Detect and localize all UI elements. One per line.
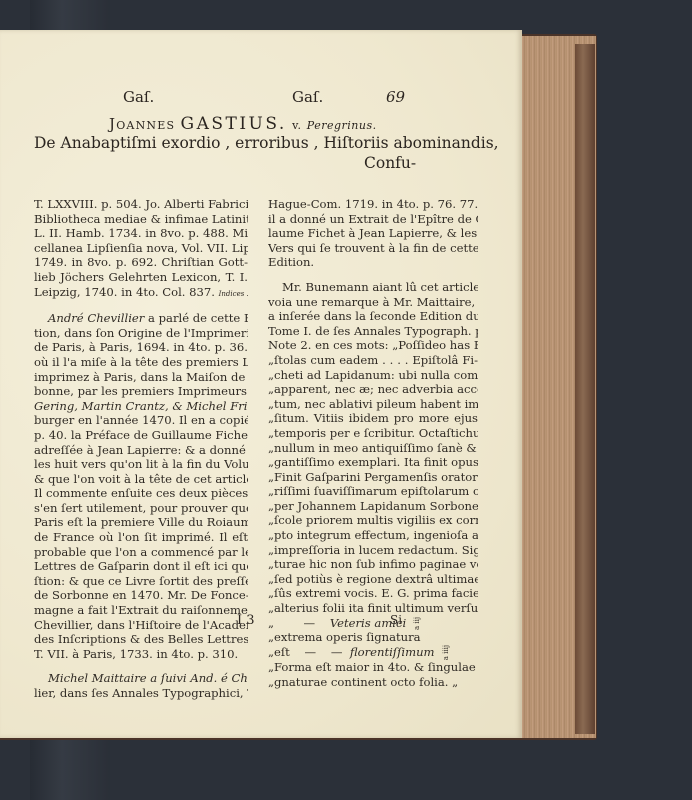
running-head: Gaſ. Gaſ. 69 [0,88,522,108]
cross-ref-label: v. [292,119,301,132]
text-line: Edition. [268,255,478,270]
text-line: „nullum in meo antiquiſſimo ſanè & ele- [268,441,478,456]
handwritten-note: Indices ... ad hoc ... inſcriptum. [219,290,248,298]
text-line: laume Fichet à Jean Lapierre, & les huit [268,226,478,241]
text-line: où il l'a miſe à la tête des premiers Li… [34,355,248,370]
entry-heading: Joannes GASTIUS. v. Peregrinus. [109,114,377,134]
text-line: Gering, Martin Crantz, & Michel Fri- [34,399,248,414]
page-number: 69 [386,88,405,106]
right-column: Hague-Com. 1719. in 4to. p. 76. 77. où i… [268,197,478,690]
text-line: Paris eſt la premiere Ville du Roiaume [34,515,248,530]
text-line: 1749. in 8vo. p. 692. Chriſtian Gott- [34,255,248,270]
text-line: de Sorbonne en 1470. Mr. De Fonce- [34,588,248,603]
entry-name-prefix: Joannes [109,115,175,133]
text-line: Il commente enſuite ces deux pièces & [34,486,248,501]
text-line: „per Johannem Lapidanum Sorbonenſis [268,499,478,514]
text-line: a inſerée dans la ſeconde Edition du [268,309,478,324]
text-line: „apparent, nec æ; nec adverbia accen- [268,382,478,397]
text-line: „gantiſſimo exemplari. Ita finit opus: [268,455,478,470]
text-line: Michel Maittaire a ſuivi And. é Chevil- [34,671,248,686]
text-line: Leipzig, 1740. in 4to. Col. 837. Indices… [34,285,248,302]
text-line: „Forma eſt maior in 4to. & ſingulae ſi- [268,660,478,675]
left-column: T. LXXVIII. p. 504. Jo. Alberti Fabricii… [34,197,248,701]
text-line: magne a fait l'Extrait du raiſonnement d… [34,603,248,618]
text-line: burger en l'année 1470. Il en a copié [34,413,248,428]
text-line: „Finit Gaſparini Pergamenſis oratoris cl… [268,470,478,485]
text-fragment: Leipzig, 1740. in 4to. Col. 837. [34,285,215,299]
left-paragraph-3: Michel Maittaire a ſuivi And. é Chevil- … [34,671,248,700]
text-line: cellanea Lipſienſia nova, Vol. VII. Lipſ… [34,241,248,256]
verse-prefix: „ — [268,616,330,630]
text-fragment: a parlé de cette Edi- [144,311,248,325]
text-line: „riſſimi ſuaviſſimarum epiſtolarum opus [268,484,478,499]
book-page: Gaſ. Gaſ. 69 Joannes GASTIUS. v. Peregri… [0,30,522,738]
text-line: de France où l'on ſit imprimé. Il eſt [34,530,248,545]
running-head-left: Gaſ. [123,88,154,106]
text-line: „ſed potiùs è regione dextrâ ultimae ver… [268,572,478,587]
text-line: & que l'on voit à la tête de cet article… [34,472,248,487]
text-line: „ſûs extremi vocis. E. G. prima facies [268,586,478,601]
verse-prefix: „eſt — — [268,645,350,659]
running-head-center: Gaſ. [292,88,323,106]
text-line: „temporis per e ſcribitur. Octaſtichum [268,426,478,441]
text-line: „tum, nec ablativi pileum habent impo- [268,397,478,412]
text-line: Bibliotheca mediae & infimae Latinitatis… [34,212,248,227]
left-paragraph-1: T. LXXVIII. p. 504. Jo. Alberti Fabricii… [34,197,248,301]
text-line: imprimez à Paris, dans la Maiſon de Sor- [34,370,248,385]
text-line: probable que l'on a commencé par les [34,545,248,560]
text-line: lier, dans ſes Annales Typographici, T. … [34,686,248,701]
book-spine-edge [575,44,595,734]
entry-subtitle-continued: Confu- [364,154,416,172]
text-line: adreſſée à Jean Lapierre: & a donné p. 4… [34,443,248,458]
text-line: „pto integrum effectum, ingenioſa arte [268,528,478,543]
text-line: s'en ſert utilement, pour prouver que [34,501,248,516]
catchword: Si [390,613,402,627]
quoted-verse: „ — Veteris amicia iij „extrema operis ſ… [268,616,478,661]
text-line: Chevillier, dans l'Hiſtoire de l'Academi… [34,618,248,633]
text-line: de Paris, à Paris, 1694. in 4to. p. 36. [34,340,248,355]
text-line: T. LXXVIII. p. 504. Jo. Alberti Fabricii [34,197,248,212]
author-name: André Chevillier [48,311,144,325]
verse-line: „eſt — — florentiſſimuma iiij [268,645,478,661]
right-paragraph-3: „Forma eſt maior in 4to. & ſingulae ſi- … [268,660,478,689]
text-line: „ſitum. Vitiis ibidem pro more ejus [268,411,478,426]
text-line: „impreſſoria in lucem redactum. Signa- [268,543,478,558]
text-line: voia une remarque à Mr. Maittaire, qu'il [268,295,478,310]
text-line: „alterius folii ita finit ultimum verſum… [268,601,478,616]
text-line: „turae hic non ſub infimo paginae verſu, [268,557,478,572]
text-line: T. VII. à Paris, 1733. in 4to. p. 310. [34,647,248,662]
right-paragraph-1: Hague-Com. 1719. in 4to. p. 76. 77. où i… [268,197,478,270]
left-paragraph-2: André Chevillier a parlé de cette Edi- t… [34,311,248,661]
text-line: „cheti ad Lapidanum: ubi nulla commata [268,368,478,383]
signature-mark: I 3 [237,613,255,628]
signature-marker: a iiij [439,645,454,660]
cross-ref-target: Peregrinus. [307,119,377,132]
signature-marker: a iij [410,617,425,630]
text-line: Vers qui ſe trouvent à la fin de cette [268,241,478,256]
text-line: ſtion: & que ce Livre ſortit des preſſes [34,574,248,589]
right-paragraph-2: Mr. Bunemann aiant lû cet article, en- v… [268,280,478,616]
text-line: lieb Jöchers Gelehrten Lexicon, T. I. [34,270,248,285]
text-line: Note 2. en ces mots: „Poſſideo has Epi- [268,338,478,353]
entry-name-surname: GASTIUS. [180,114,286,134]
text-line: les huit vers qu'on lit à la fin du Volu… [34,457,248,472]
text-line: „ſtolas cum eadem . . . . Epiſtolâ Fi- [268,353,478,368]
text-line: „gnaturae continent octo folia. „ [268,675,478,690]
text-line: p. 40. la Préface de Guillaume Fichet [34,428,248,443]
text-line: tion, dans ſon Origine de l'Imprimerie [34,326,248,341]
entry-subtitle: De Anabaptiſmi exordio , erroribus , Hiſ… [34,134,404,152]
text-line: L. II. Hamb. 1734. in 8vo. p. 488. Miſ- [34,226,248,241]
text-line: André Chevillier a parlé de cette Edi- [34,311,248,326]
text-line: „ſcole priorem multis vigiliis ex corru- [268,513,478,528]
verse-text: florentiſſimum [350,645,435,659]
text-line: il a donné un Extrait de l'Epître de Gui… [268,212,478,227]
text-line: Lettres de Gaſparin dont il eſt ici que- [34,559,248,574]
text-line: des Inſcriptions & des Belles Lettres, [34,632,248,647]
verse-line: „extrema operis ſignatura [268,630,478,645]
text-line: Hague-Com. 1719. in 4to. p. 76. 77. où [268,197,478,212]
verse-line: „ — Veteris amicia iij [268,616,478,631]
text-line: Mr. Bunemann aiant lû cet article, en- [268,280,478,295]
text-line: Tome I. de ſes Annales Typograph. p. 293… [268,324,478,339]
text-line: bonne, par les premiers Imprimeurs Ulric [34,384,248,399]
